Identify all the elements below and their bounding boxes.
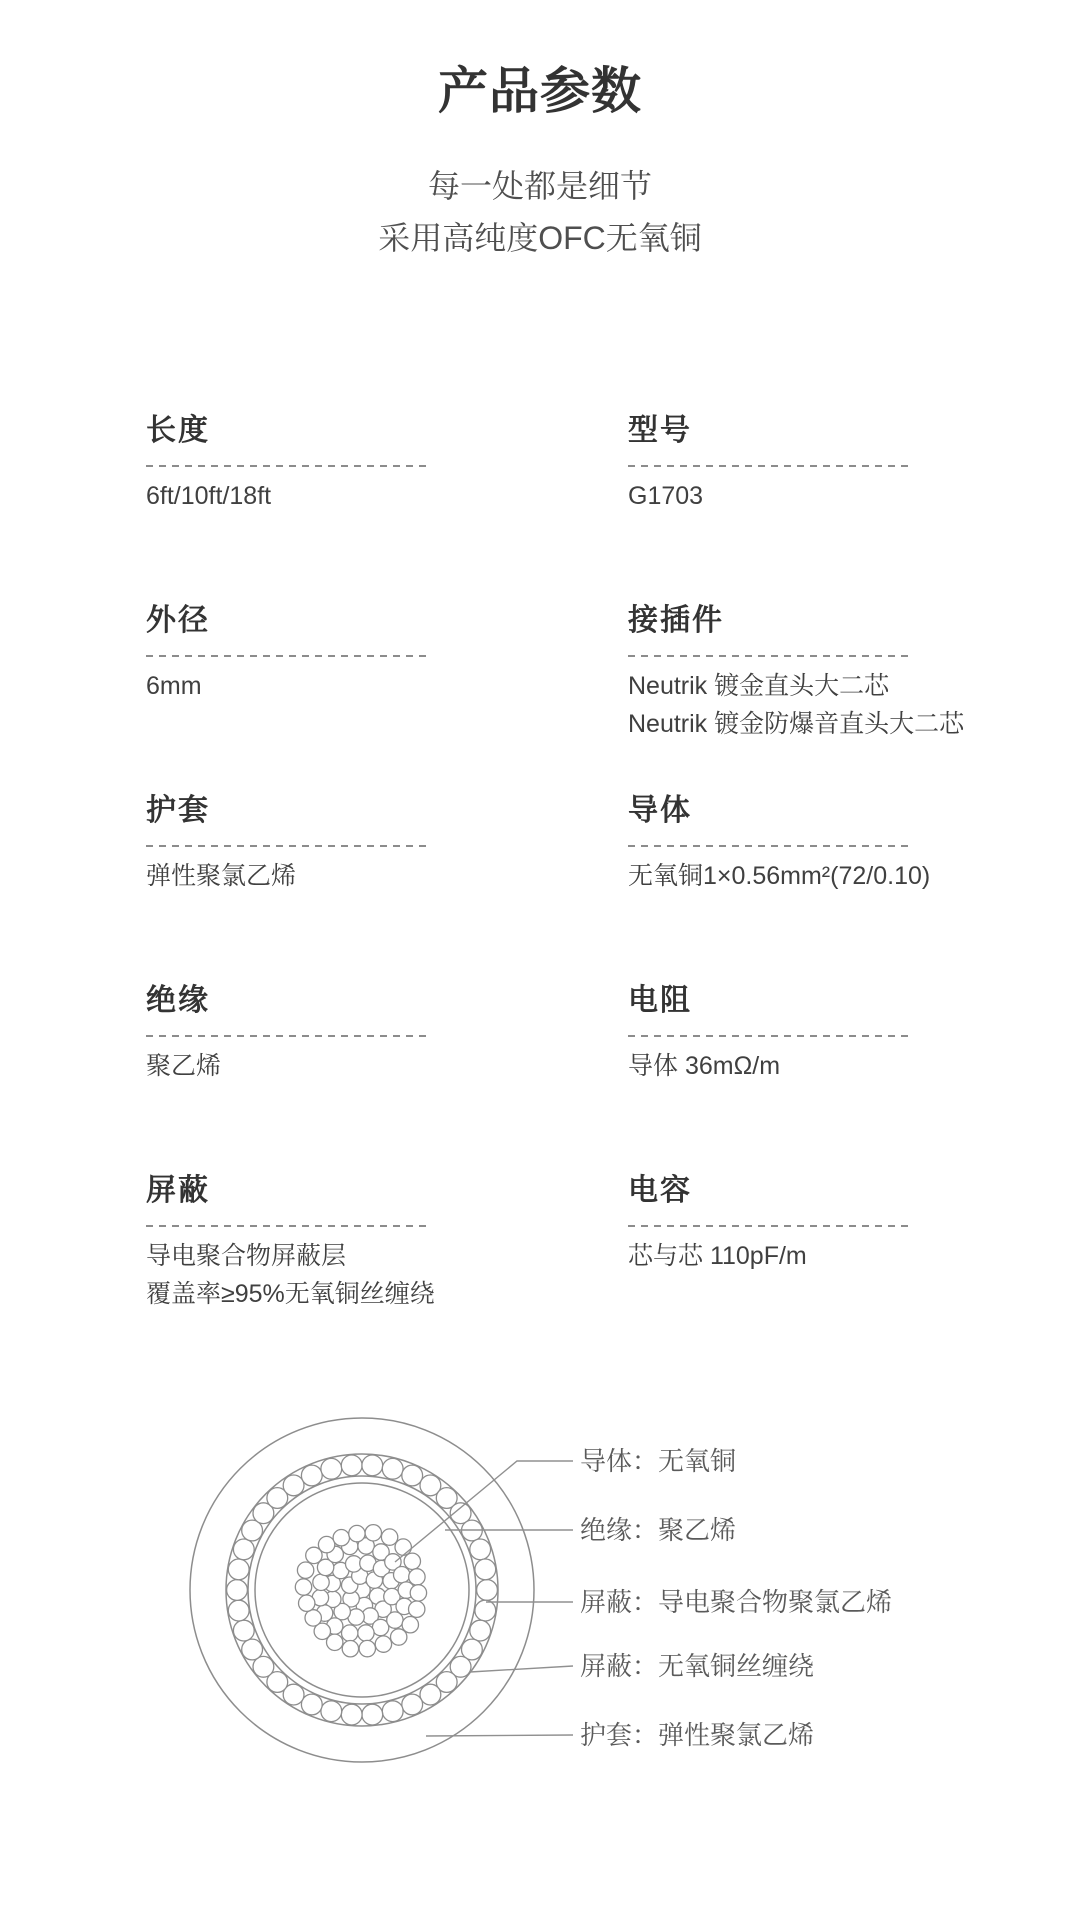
copper-wire-bead <box>475 1600 496 1621</box>
conductor-strand <box>359 1640 375 1656</box>
conductor-strand <box>409 1569 425 1585</box>
diagram-label-jacket: 护套：弹性聚氯乙烯 <box>580 1720 814 1750</box>
conductor-strand <box>365 1525 381 1541</box>
spec-cell-connectors: 接插件Neutrik 镀金直头大二芯Neutrik 镀金防爆音直头大二芯 <box>628 603 928 743</box>
spec-value-connectors: Neutrik 镀金直头大二芯 <box>628 667 928 705</box>
spec-label-model: 型号 <box>628 413 928 449</box>
spec-value-jacket: 弹性聚氯乙烯 <box>146 857 446 895</box>
dashed-divider <box>628 845 908 847</box>
spec-cell-resistance: 电阻导体 36mΩ/m <box>628 983 928 1085</box>
copper-wire-bead <box>228 1600 249 1621</box>
leader-line-jacket <box>426 1735 573 1736</box>
copper-wire-bead <box>321 1701 342 1722</box>
copper-wire-bead <box>382 1458 403 1479</box>
conductor-strand <box>381 1529 397 1545</box>
spec-cell-shielding: 屏蔽导电聚合物屏蔽层覆盖率≥95%无氧铜丝缠绕 <box>146 1173 446 1313</box>
copper-wire-bead <box>470 1620 491 1641</box>
copper-wire-bead <box>283 1475 304 1496</box>
spec-label-outer-diameter: 外径 <box>146 603 446 639</box>
copper-wire-bead <box>477 1580 498 1601</box>
spec-label-connectors: 接插件 <box>628 603 928 639</box>
copper-wire-bead <box>475 1559 496 1580</box>
spec-value-connectors: Neutrik 镀金防爆音直头大二芯 <box>628 705 928 743</box>
subtitle-line: 每一处都是细节 <box>0 160 1080 212</box>
conductor-strand <box>295 1579 311 1595</box>
spec-cell-conductor: 导体无氧铜1×0.56mm²(72/0.10) <box>628 793 928 895</box>
copper-wire-bead <box>321 1458 342 1479</box>
conductor-strand <box>333 1530 349 1546</box>
conductor-strand <box>410 1585 426 1601</box>
dashed-divider <box>628 465 908 467</box>
spec-value-model: G1703 <box>628 477 928 515</box>
spec-value-capacitance: 芯与芯 110pF/m <box>628 1237 928 1275</box>
conductor-strand <box>375 1636 391 1652</box>
copper-wire-bead <box>382 1701 403 1722</box>
spec-label-insulation: 绝缘 <box>146 983 446 1019</box>
diagram-label-shield-polymer: 屏蔽：导电聚合物聚氯乙烯 <box>580 1587 892 1617</box>
copper-wire-bead <box>301 1694 322 1715</box>
dashed-divider <box>146 845 426 847</box>
spec-value-shielding: 导电聚合物屏蔽层 <box>146 1237 446 1275</box>
spec-value-resistance: 导体 36mΩ/m <box>628 1047 928 1085</box>
spec-value-outer-diameter: 6mm <box>146 667 446 705</box>
copper-wire-bead <box>402 1465 423 1486</box>
conductor-strand <box>342 1625 358 1641</box>
copper-wire-bead <box>402 1694 423 1715</box>
spec-value-shielding: 覆盖率≥95%无氧铜丝缠绕 <box>146 1275 446 1313</box>
copper-wire-bead <box>227 1580 248 1601</box>
copper-wire-bead <box>420 1684 441 1705</box>
dashed-divider <box>146 1225 426 1227</box>
conductor-strand <box>342 1641 358 1657</box>
spec-label-resistance: 电阻 <box>628 983 928 1019</box>
diagram-labels: 导体：无氧铜 绝缘：聚乙烯 屏蔽：导电聚合物聚氯乙烯 屏蔽：无氧铜丝缠绕 护套：… <box>580 1446 892 1750</box>
conductor-strand <box>299 1595 315 1611</box>
subtitle-line: 采用高纯度OFC无氧铜 <box>0 212 1080 264</box>
conductor-strand <box>313 1574 329 1590</box>
conductor-strand <box>395 1539 411 1555</box>
conductor-strand <box>391 1629 407 1645</box>
copper-wire-bead <box>233 1539 254 1560</box>
copper-wire-bead <box>242 1639 263 1660</box>
copper-wire-bead <box>228 1559 249 1580</box>
spec-label-length: 长度 <box>146 413 446 449</box>
copper-wire-bead <box>362 1704 383 1725</box>
dashed-divider <box>146 1035 426 1037</box>
copper-wire-bead <box>470 1539 491 1560</box>
copper-wire-bead <box>341 1455 362 1476</box>
conductor-strand <box>318 1536 334 1552</box>
leader-line-shield-wrap <box>470 1666 573 1672</box>
diagram-label-insulation: 绝缘：聚乙烯 <box>580 1515 736 1545</box>
copper-wire-bead <box>362 1455 383 1476</box>
spec-label-capacitance: 电容 <box>628 1173 928 1209</box>
page-title: 产品参数 <box>0 60 1080 122</box>
dashed-divider <box>628 655 908 657</box>
spec-value-length: 6ft/10ft/18ft <box>146 477 446 515</box>
spec-label-shielding: 屏蔽 <box>146 1173 446 1209</box>
spec-cell-length: 长度6ft/10ft/18ft <box>146 413 446 515</box>
dashed-divider <box>628 1225 908 1227</box>
cable-cross-section-diagram: 导体：无氧铜 绝缘：聚乙烯 屏蔽：导电聚合物聚氯乙烯 屏蔽：无氧铜丝缠绕 护套：… <box>130 1400 1030 1820</box>
spec-value-insulation: 聚乙烯 <box>146 1047 446 1085</box>
conductor-strand <box>358 1625 374 1641</box>
product-parameters-page: 产品参数 每一处都是细节 采用高纯度OFC无氧铜 长度6ft/10ft/18ft… <box>0 0 1080 1908</box>
conductor-strand <box>387 1612 403 1628</box>
conductor-strand <box>349 1525 365 1541</box>
copper-wire-bead <box>301 1465 322 1486</box>
conductor-strand <box>409 1601 425 1617</box>
spec-cell-model: 型号G1703 <box>628 413 928 515</box>
conductor-strand <box>305 1610 321 1626</box>
spec-value-conductor: 无氧铜1×0.56mm²(72/0.10) <box>628 857 928 895</box>
spec-label-conductor: 导体 <box>628 793 928 829</box>
page-subtitle: 每一处都是细节 采用高纯度OFC无氧铜 <box>0 160 1080 264</box>
diagram-label-conductor: 导体：无氧铜 <box>580 1446 736 1476</box>
spec-cell-outer-diameter: 外径6mm <box>146 603 446 705</box>
conductor-strand <box>394 1567 410 1583</box>
dashed-divider <box>146 655 426 657</box>
dashed-divider <box>628 1035 908 1037</box>
diagram-label-shield-wrap: 屏蔽：无氧铜丝缠绕 <box>580 1651 814 1681</box>
copper-wire-bead <box>233 1620 254 1641</box>
conductor-strand <box>297 1562 313 1578</box>
conductor-strand <box>404 1553 420 1569</box>
spec-label-jacket: 护套 <box>146 793 446 829</box>
spec-cell-insulation: 绝缘聚乙烯 <box>146 983 446 1085</box>
dashed-divider <box>146 465 426 467</box>
copper-wire-bead <box>341 1704 362 1725</box>
spec-cell-jacket: 护套弹性聚氯乙烯 <box>146 793 446 895</box>
cable-cross-section-svg: 导体：无氧铜 绝缘：聚乙烯 屏蔽：导电聚合物聚氯乙烯 屏蔽：无氧铜丝缠绕 护套：… <box>130 1400 1030 1820</box>
spec-cell-capacitance: 电容芯与芯 110pF/m <box>628 1173 928 1275</box>
conductor-strands <box>295 1525 426 1657</box>
